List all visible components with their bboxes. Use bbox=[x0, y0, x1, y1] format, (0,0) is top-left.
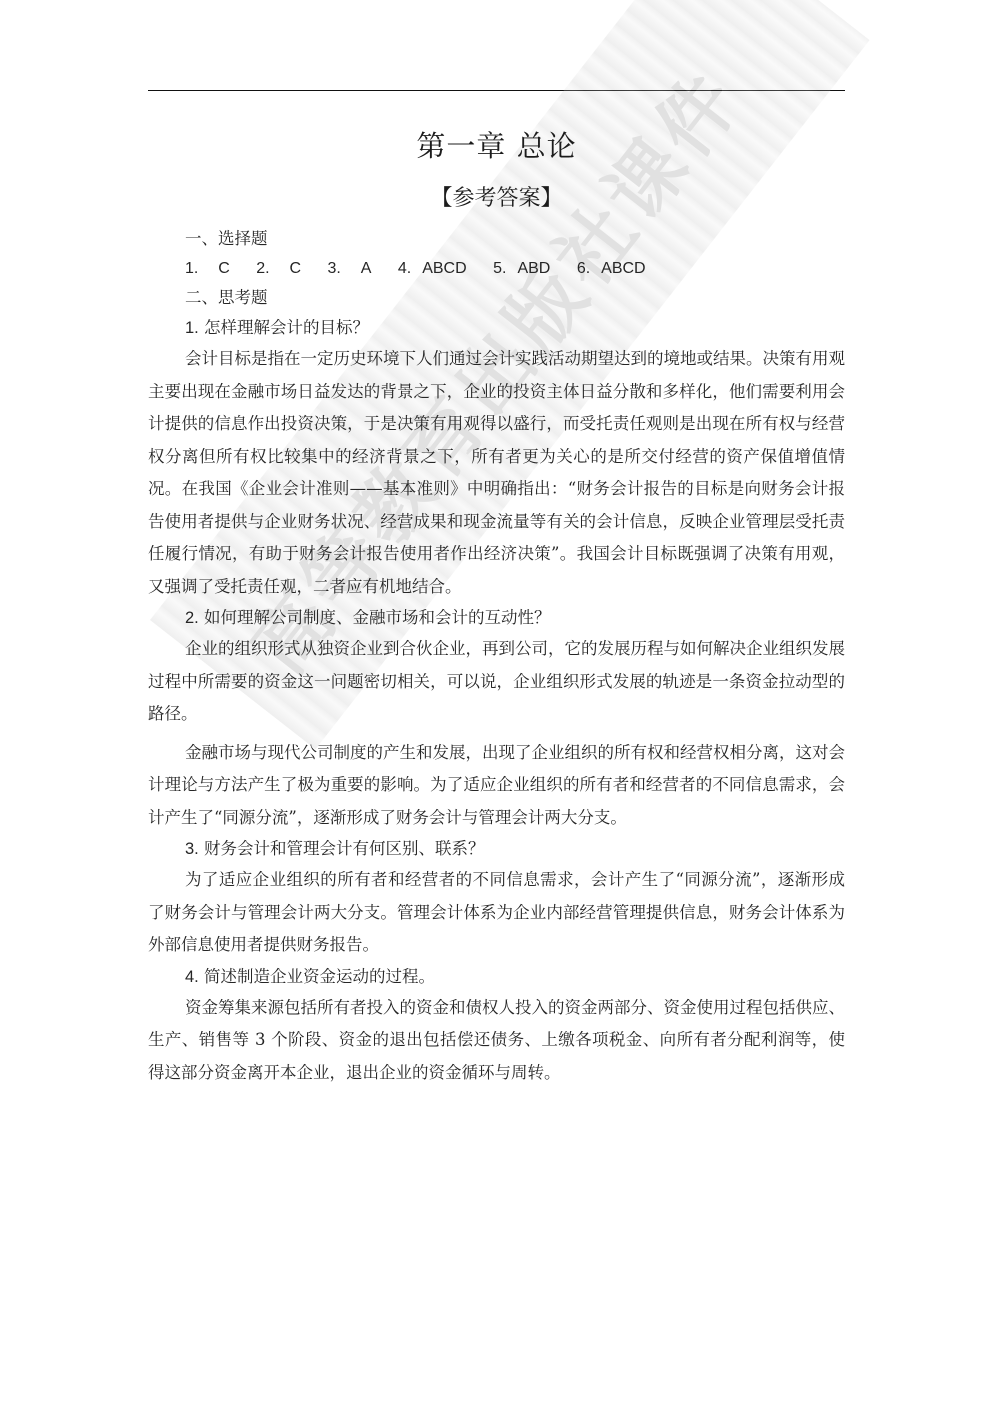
question-number: 2. bbox=[185, 609, 199, 627]
choice-answers: 1. C 2. C 3. A 4.ABCD 5.ABD 6.ABCD bbox=[148, 254, 845, 284]
chapter-title: 第一章 总论 bbox=[0, 124, 993, 165]
answer-paragraph: 会计目标是指在一定历史环境下人们通过会计实践活动期望达到的境地或结果。决策有用观… bbox=[148, 343, 845, 603]
answer-paragraph: 企业的组织形式从独资企业到合伙企业，再到公司，它的发展历程与如何解决企业组织发展… bbox=[148, 633, 845, 731]
question-4: 4. 简述制造企业资金运动的过程。 bbox=[148, 962, 845, 992]
question-3: 3. 财务会计和管理会计有何区别、联系？ bbox=[148, 834, 845, 864]
question-number: 1. bbox=[185, 319, 199, 337]
question-1: 1. 怎样理解会计的目标？ bbox=[148, 313, 845, 343]
question-number: 4. bbox=[185, 968, 199, 986]
question-2: 2. 如何理解公司制度、金融市场和会计的互动性？ bbox=[148, 603, 845, 633]
answer-paragraph: 为了适应企业组织的所有者和经营者的不同信息需求，会计产生了“同源分流”，逐渐形成… bbox=[148, 864, 845, 962]
answer-paragraph: 金融市场与现代公司制度的产生和发展，出现了企业组织的所有权和经营权相分离，这对会… bbox=[148, 737, 845, 835]
question-text: 如何理解公司制度、金融市场和会计的互动性？ bbox=[204, 608, 551, 627]
answer-3: 3. A bbox=[328, 260, 383, 277]
question-number: 3. bbox=[185, 840, 199, 858]
answer-5: 5.ABD bbox=[493, 260, 561, 277]
answer-1: 1. C bbox=[185, 260, 241, 277]
answer-6: 6.ABCD bbox=[577, 260, 657, 277]
document-body: 一、选择题 1. C 2. C 3. A 4.ABCD 5.ABD 6.ABCD… bbox=[148, 224, 845, 1089]
answer-4: 4.ABCD bbox=[398, 260, 478, 277]
question-text: 财务会计和管理会计有何区别、联系？ bbox=[204, 839, 485, 858]
header-rule bbox=[148, 90, 845, 91]
answer-2: 2. C bbox=[256, 260, 312, 277]
answer-paragraph: 资金筹集来源包括所有者投入的资金和债权人投入的资金两部分、资金使用过程包括供应、… bbox=[148, 992, 845, 1090]
question-text: 怎样理解会计的目标？ bbox=[204, 318, 369, 337]
document-page: 高等教育出版社课件 第一章 总论 【参考答案】 一、选择题 1. C 2. C … bbox=[0, 0, 993, 1404]
section-heading-thinking: 二、思考题 bbox=[148, 283, 845, 313]
section-heading-choice: 一、选择题 bbox=[148, 224, 845, 254]
question-text: 简述制造企业资金运动的过程。 bbox=[204, 967, 435, 986]
answer-subtitle: 【参考答案】 bbox=[0, 181, 993, 212]
